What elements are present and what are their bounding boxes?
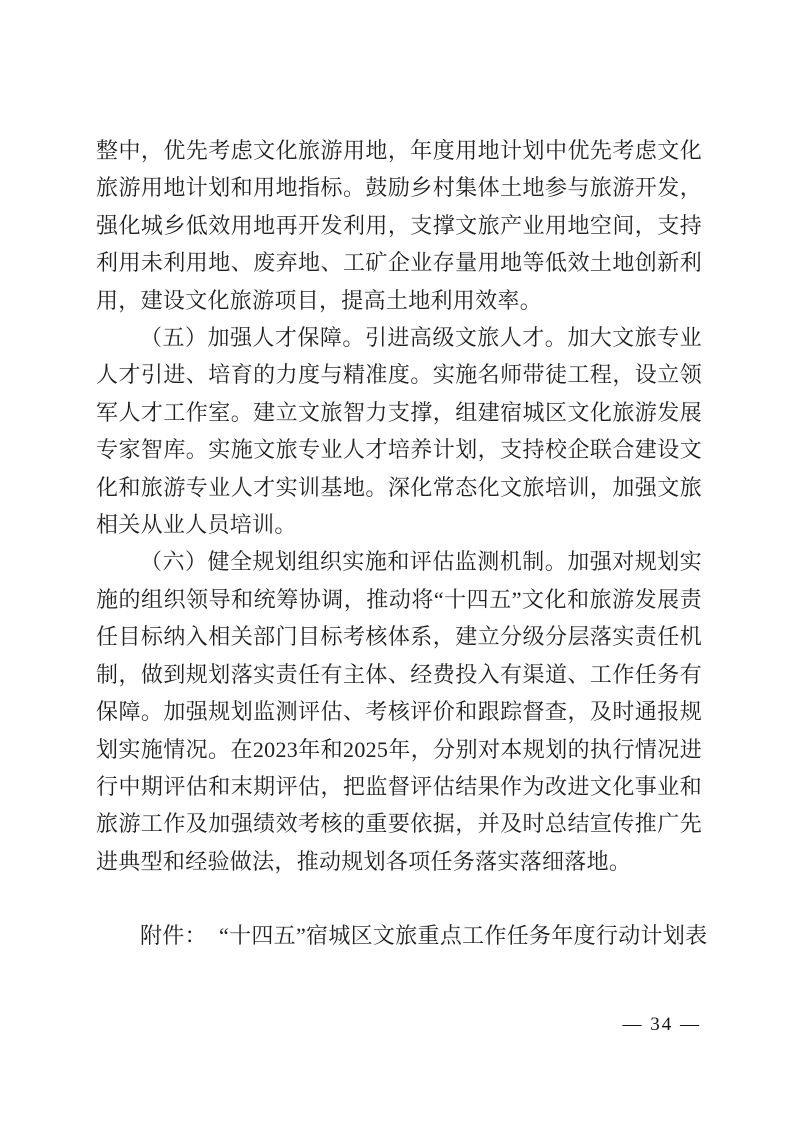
paragraph-section-6: （六）健全规划组织实施和评估监测机制。加强对规划实施的组织领导和统筹协调，推动将…	[96, 543, 702, 880]
document-body: 整中，优先考虑文化旅游用地，年度用地计划中优先考虑文化旅游用地计划和用地指标。鼓…	[96, 132, 702, 955]
attachment-label: 附件：	[140, 923, 207, 948]
document-page: 整中，优先考虑文化旅游用地，年度用地计划中优先考虑文化旅游用地计划和用地指标。鼓…	[0, 0, 793, 1122]
paragraph-continuation: 整中，优先考虑文化旅游用地，年度用地计划中优先考虑文化旅游用地计划和用地指标。鼓…	[96, 132, 702, 319]
attachment-title: “十四五”宿城区文旅重点工作任务年度行动计划表	[219, 923, 707, 948]
attachment-line: 附件：“十四五”宿城区文旅重点工作任务年度行动计划表	[96, 917, 702, 954]
paragraph-section-5: （五）加强人才保障。引进高级文旅人才。加大文旅专业人才引进、培育的力度与精准度。…	[96, 319, 702, 543]
page-number: — 34 —	[623, 1014, 702, 1036]
